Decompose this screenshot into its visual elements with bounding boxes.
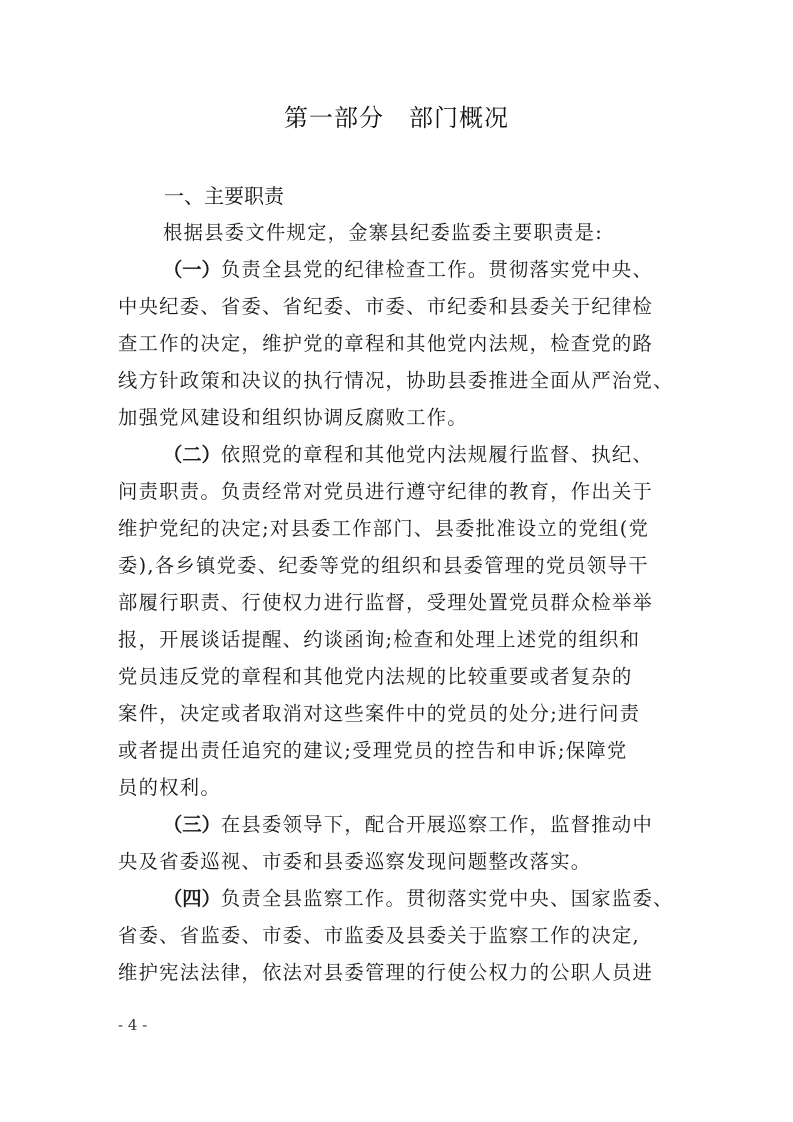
paragraph-2-line-7: 党员违反党的章程和其他党内法规的比较重要或者复杂的 <box>118 658 684 695</box>
paragraph-number: （三） <box>163 813 221 836</box>
paragraph-text: 依照党的章程和其他党内法规履行监督、执纪、 <box>221 443 653 466</box>
paragraph-2-line-4: 委),各乡镇党委、纪委等党的组织和县委管理的党员领导干 <box>118 547 684 584</box>
paragraph-number: （四） <box>163 887 221 910</box>
paragraph-4-line-3: 维护宪法法律，依法对县委管理的行使公权力的公职人员进 <box>118 954 684 991</box>
paragraph-1-line-1: （一）负责全县党的纪律检查工作。贯彻落实党中央、 <box>118 251 684 288</box>
paragraph-1-line-5: 加强党风建设和组织协调反腐败工作。 <box>118 399 684 436</box>
page-title: 第一部分 部门概况 <box>0 98 793 133</box>
paragraph-4-line-1: （四）负责全县监察工作。贯彻落实党中央、国家监委、 <box>118 880 684 917</box>
paragraph-1-line-4: 线方针政策和决议的执行情况，协助县委推进全面从严治党、 <box>118 362 684 399</box>
paragraph-number: （二） <box>163 443 221 466</box>
paragraph-number: （一） <box>163 258 221 281</box>
paragraph-2-line-2: 问责职责。负责经常对党员进行遵守纪律的教育，作出关于 <box>118 473 684 510</box>
paragraph-text: 在县委领导下，配合开展巡察工作，监督推动中 <box>221 813 653 836</box>
paragraph-4-line-2: 省委、省监委、市委、市监委及县委关于监察工作的决定, <box>118 917 684 954</box>
document-body: 根据县委文件规定，金寨县纪委监委主要职责是: （一）负责全县党的纪律检查工作。贯… <box>118 214 684 991</box>
paragraph-text: 负责全县党的纪律检查工作。贯彻落实党中央、 <box>221 258 653 281</box>
paragraph-2-line-5: 部履行职责、行使权力进行监督，受理处置党员群众检举举 <box>118 584 684 621</box>
section-heading: 一、主要职责 <box>164 180 284 209</box>
paragraph-2-line-1: （二）依照党的章程和其他党内法规履行监督、执纪、 <box>118 436 684 473</box>
paragraph-2-line-6: 报，开展谈话提醒、约谈函询;检查和处理上述党的组织和 <box>118 621 684 658</box>
paragraph-2-line-3: 维护党纪的决定;对县委工作部门、县委批准设立的党组(党 <box>118 510 684 547</box>
paragraph-text: 负责全县监察工作。贯彻落实党中央、国家监委、 <box>221 887 674 910</box>
paragraph-1-line-3: 查工作的决定，维护党的章程和其他党内法规，检查党的路 <box>118 325 684 362</box>
paragraph-2-line-10: 员的权利。 <box>118 769 684 806</box>
paragraph-2-line-9: 或者提出责任追究的建议;受理党员的控告和申诉;保障党 <box>118 732 684 769</box>
intro-line: 根据县委文件规定，金寨县纪委监委主要职责是: <box>118 214 684 251</box>
paragraph-1-line-2: 中央纪委、省委、省纪委、市委、市纪委和县委关于纪律检 <box>118 288 684 325</box>
paragraph-3-line-1: （三）在县委领导下，配合开展巡察工作，监督推动中 <box>118 806 684 843</box>
paragraph-3-line-2: 央及省委巡视、市委和县委巡察发现问题整改落实。 <box>118 843 684 880</box>
document-page: 第一部分 部门概况 一、主要职责 根据县委文件规定，金寨县纪委监委主要职责是: … <box>0 0 793 1122</box>
page-number: - 4 - <box>118 1016 147 1034</box>
paragraph-2-line-8: 案件，决定或者取消对这些案件中的党员的处分;进行问责 <box>118 695 684 732</box>
